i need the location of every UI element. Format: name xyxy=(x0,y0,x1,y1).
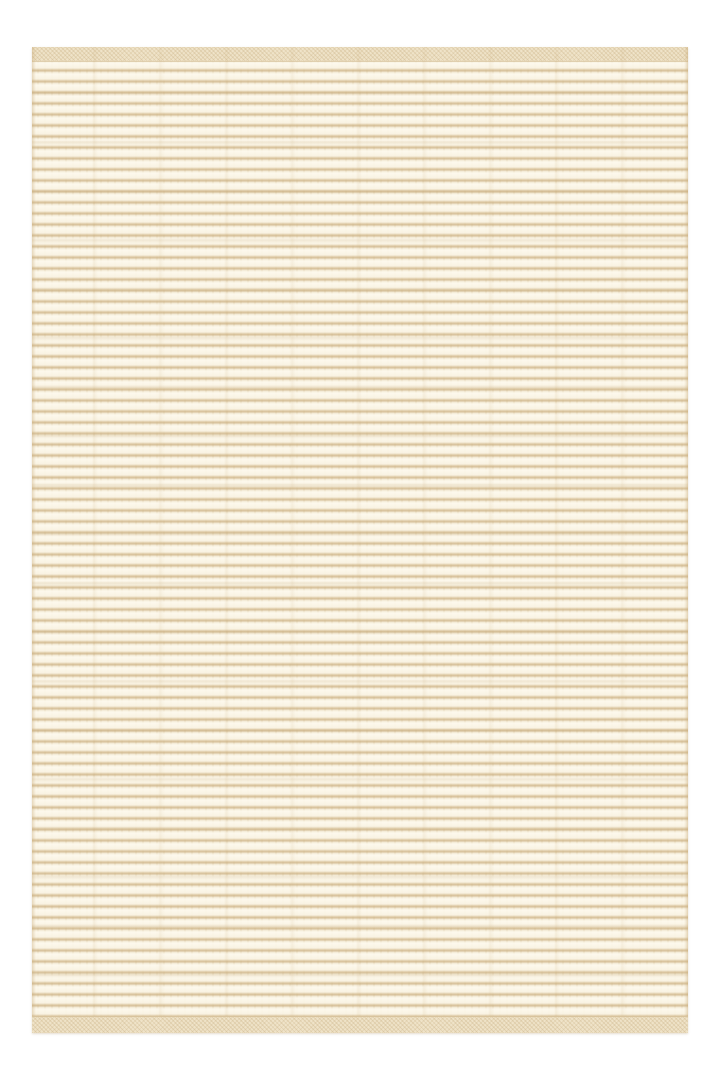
rug-texture-variation xyxy=(32,47,688,1033)
rug-bottom-binding xyxy=(32,1016,688,1033)
product-photo xyxy=(0,0,720,1080)
rug-right-edge xyxy=(684,47,688,1033)
jute-rug xyxy=(32,47,688,1033)
rug-left-edge xyxy=(32,47,36,1033)
